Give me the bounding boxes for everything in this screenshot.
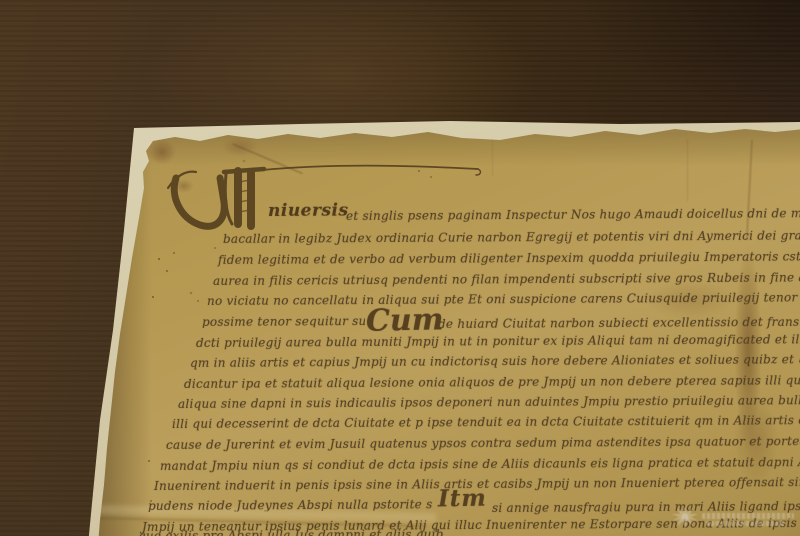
manuscript-line: dicantur ipa et statuit aliqua lesione o… xyxy=(184,374,800,390)
manuscript-line: bacallar in legibz Judex ordinaria Curie… xyxy=(223,229,800,245)
manuscript-line: aurea in filis cericis utriusq pendenti … xyxy=(213,270,800,287)
ink-specks xyxy=(158,258,160,260)
manuscript-line: illi qui decesserint de dcta Ciuitate et… xyxy=(172,414,800,430)
manuscript-line: et singlis psens paginam Inspectur Nos h… xyxy=(346,207,800,222)
crease-line xyxy=(492,134,493,176)
manuscript-line: niuersis xyxy=(268,203,349,220)
manuscript-line: cause de Jurerint et evim Jusuil quatenu… xyxy=(166,435,800,451)
manuscript-line: aliqua sine dapni in suis indicaulis ips… xyxy=(178,394,800,410)
large-capital-cum: Cum xyxy=(366,302,444,338)
photo-stage: niuersis et singlis psens paginam Inspec… xyxy=(0,0,800,536)
manuscript-line: possime tenor sequitur sub hac forma xyxy=(202,315,365,328)
manuscript-line: fidem legitima et de verbo ad verbum dil… xyxy=(218,249,800,266)
crease-line xyxy=(687,139,688,201)
crest-watermark-icon xyxy=(670,504,700,530)
watermark-text-bar xyxy=(702,513,794,519)
illuminated-initial-icon xyxy=(166,162,486,234)
large-capital-itm: Itm xyxy=(438,485,487,513)
manuscript-line: no viciatu no cancellatu in aliqua sui p… xyxy=(207,291,800,307)
manuscript-line: dcti priuilegij aurea bulla muniti Jmpij… xyxy=(196,333,800,349)
crease-line xyxy=(746,140,753,240)
manuscript-line: pudens niode Judeynes Abspi nulla pstori… xyxy=(148,498,433,512)
watermark-text-bar xyxy=(706,521,786,526)
watermark xyxy=(670,502,796,532)
manuscript-line: de huiard Ciuitat narbon subiecti excell… xyxy=(438,316,800,330)
manuscript-line: qm in aliis artis et capius Jmpij un cu … xyxy=(190,353,800,369)
manuscript-line: mandat Jmpiu niun qs si condiut de dcta … xyxy=(160,456,800,472)
manuscript-line: que exilis pre Abspi ulla Ius dampni et … xyxy=(138,528,444,536)
